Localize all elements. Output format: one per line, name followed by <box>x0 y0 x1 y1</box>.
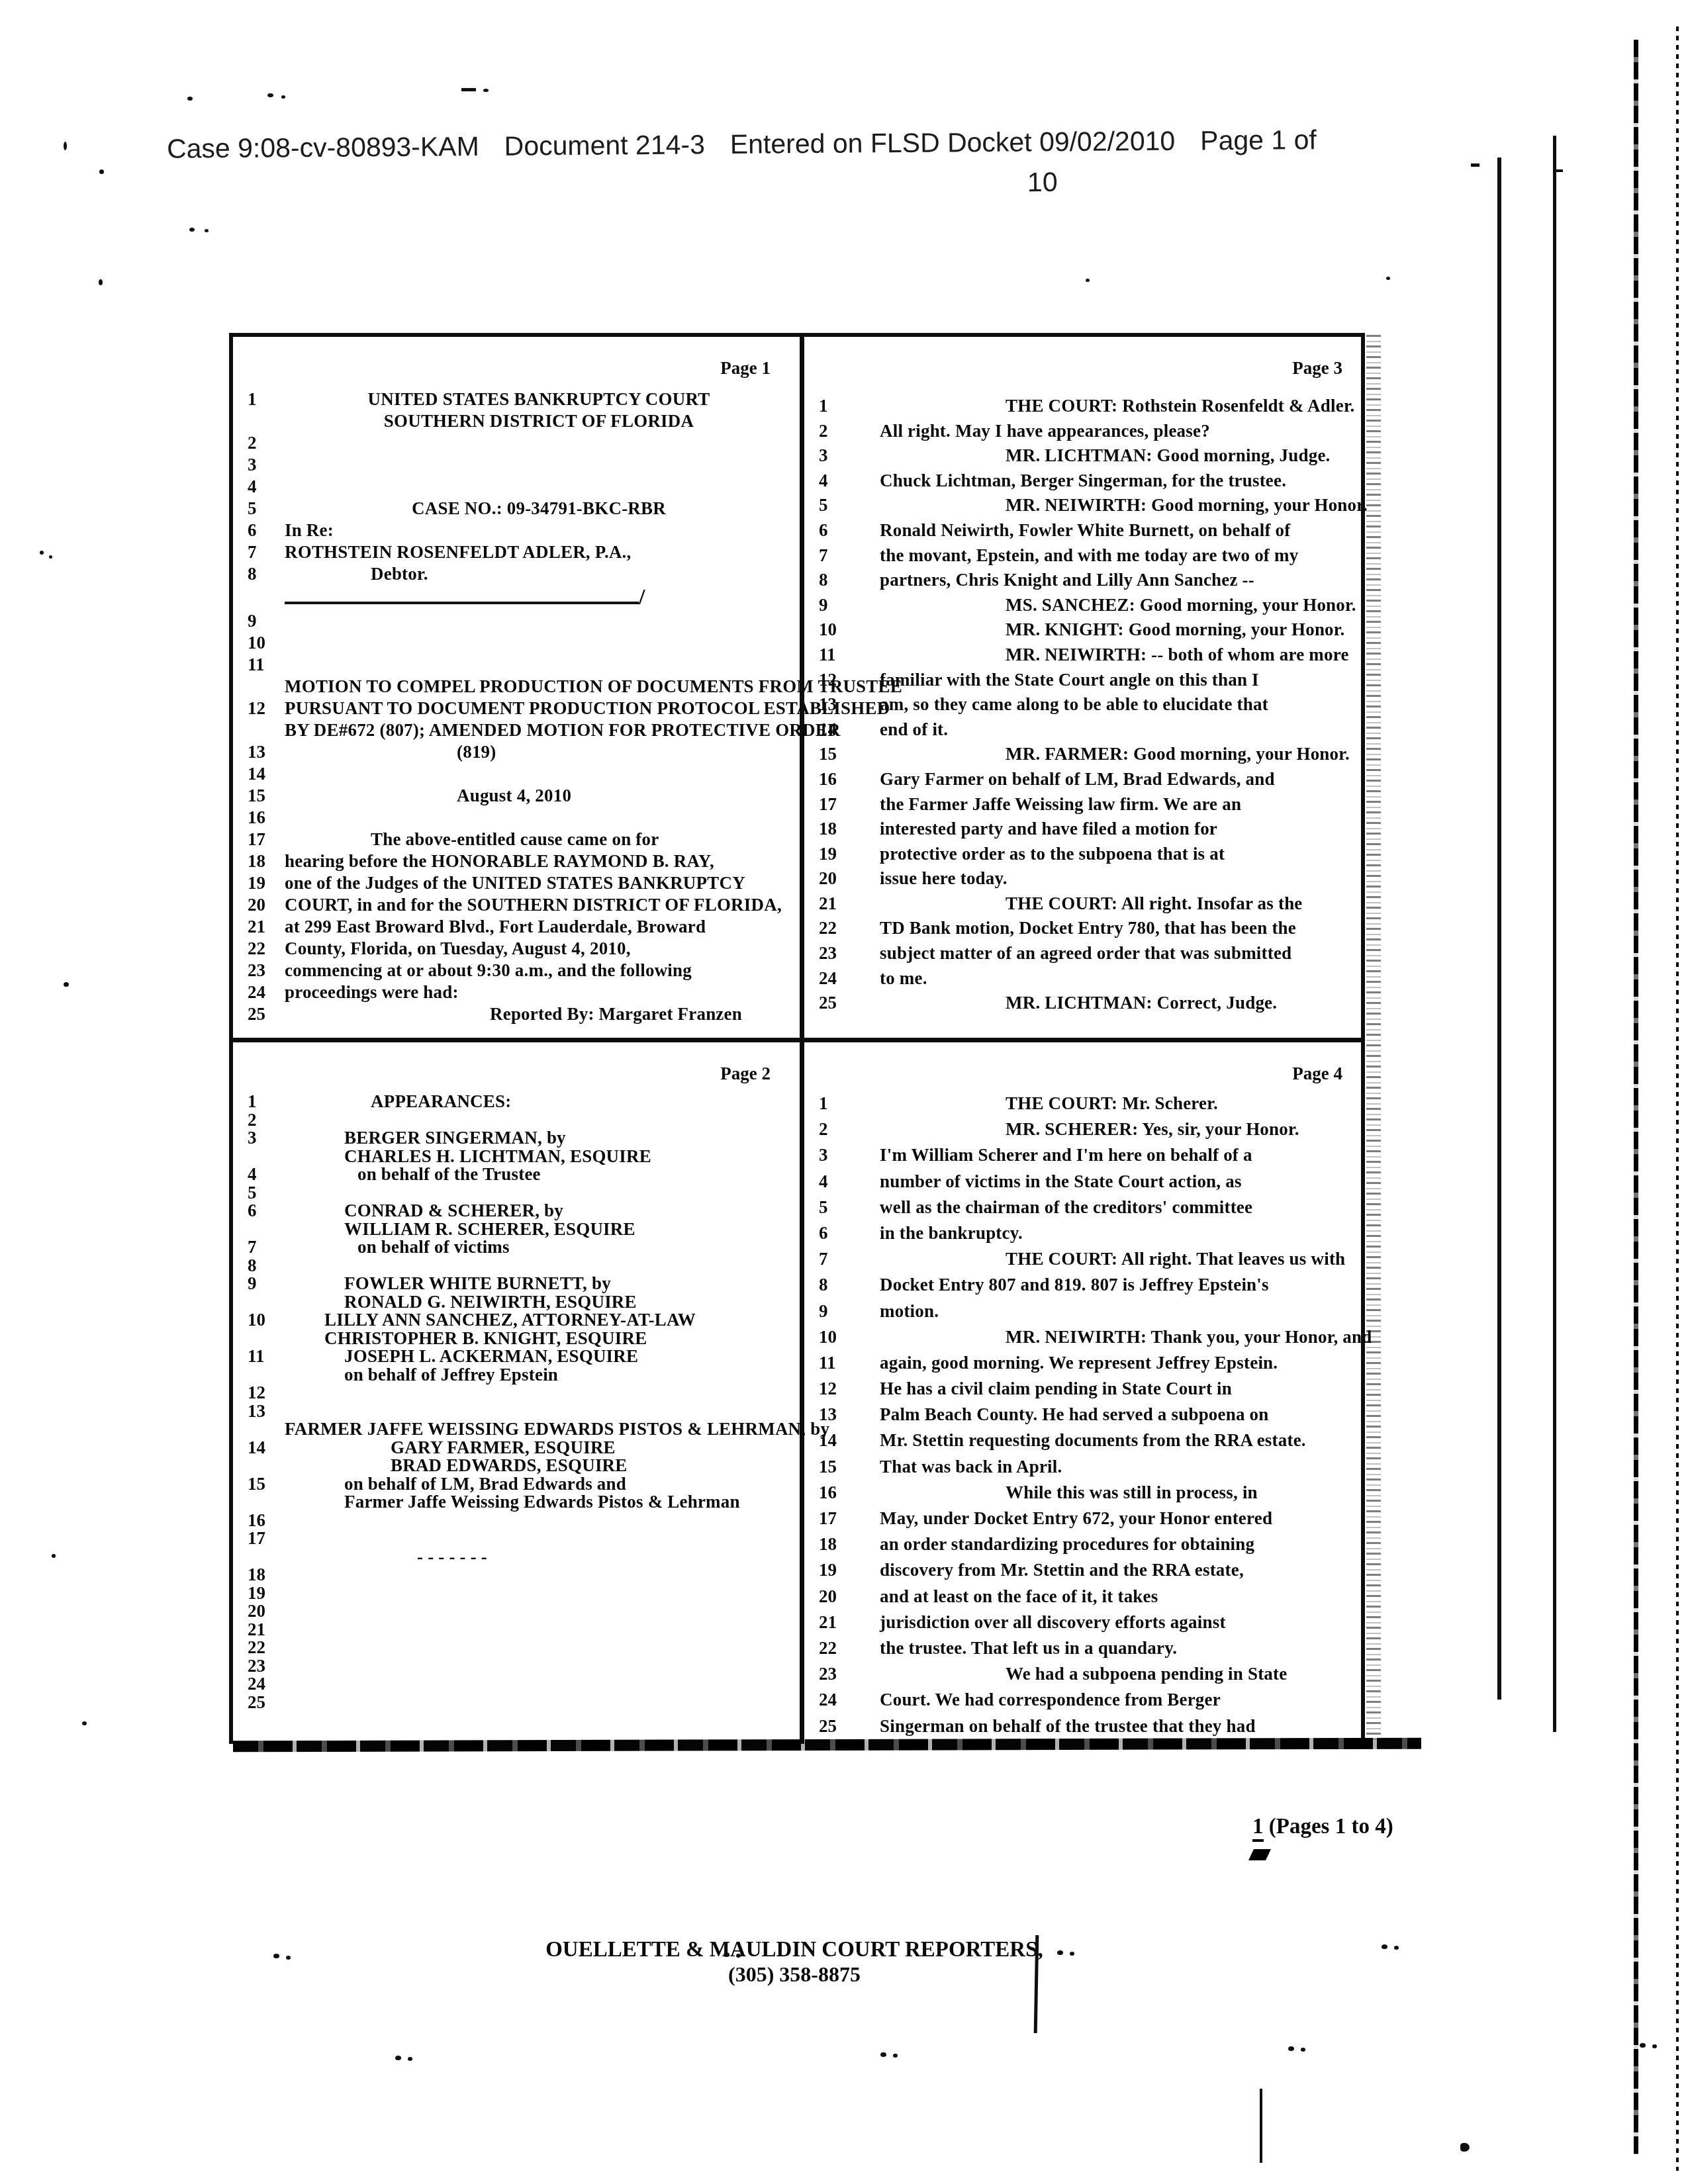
line-text: MR. KNIGHT: Good morning, your Honor. <box>880 617 1354 643</box>
line-number: 14 <box>248 763 285 785</box>
transcript-row: 10LILLY ANN SANCHEZ, ATTORNEY-AT-LAWCHRI… <box>248 1311 793 1347</box>
line-number: 4 <box>819 1169 880 1195</box>
transcript-lines: 1THE COURT: Mr. Scherer.2MR. SCHERER: Ye… <box>819 1091 1354 1737</box>
transcript-row: 18interested party and have filed a moti… <box>819 817 1354 842</box>
line-number: 22 <box>819 1635 880 1661</box>
transcript-text-line: the trustee. That left us in a quandary. <box>880 1635 1354 1661</box>
transcript-row: 21jurisdiction over all discovery effort… <box>819 1610 1354 1635</box>
scan-speck <box>461 88 476 91</box>
line-number: 3 <box>248 1129 285 1148</box>
transcript-text-line: RONALD G. NEIWIRTH, ESQUIRE <box>344 1293 793 1312</box>
line-text: ROTHSTEIN ROSENFELDT ADLER, P.A., <box>285 541 793 563</box>
transcript-row: 4on behalf of the Trustee <box>248 1165 793 1184</box>
line-number: 22 <box>248 938 285 960</box>
transcript-text-line: We had a subpoena pending in State <box>1006 1661 1354 1687</box>
transcript-text-line: on behalf of LM, Brad Edwards and <box>344 1475 793 1494</box>
line-text: MR. NEIWIRTH: Thank you, your Honor, and <box>880 1324 1372 1350</box>
transcript-text-line: MR. FARMER: Good morning, your Honor. <box>1006 742 1354 767</box>
line-text <box>285 1621 793 1639</box>
transcript-text-line: Court. We had correspondence from Berger <box>880 1687 1354 1713</box>
scan-speck <box>99 279 103 285</box>
transcript-text-line: issue here today. <box>880 866 1354 891</box>
transcript-row: 1THE COURT: Rothstein Rosenfeldt & Adler… <box>819 394 1354 419</box>
transcript-text-line: Farmer Jaffe Weissing Edwards Pistos & L… <box>344 1493 793 1512</box>
line-text <box>285 1602 793 1621</box>
transcript-text-line: May, under Docket Entry 672, your Honor … <box>880 1506 1354 1531</box>
line-number: 1 <box>248 1093 285 1111</box>
line-text: Palm Beach County. He had served a subpo… <box>880 1402 1354 1428</box>
scan-speck <box>483 89 489 92</box>
line-text: I'm William Scherer and I'm here on beha… <box>880 1142 1354 1168</box>
line-text: County, Florida, on Tuesday, August 4, 2… <box>285 938 793 960</box>
transcript-lines: 1APPEARANCES:23BERGER SINGERMAN, byCHARL… <box>248 1093 793 1737</box>
line-number: 10 <box>819 617 880 643</box>
line-number: 3 <box>819 1142 880 1168</box>
transcript-row: 9motion. <box>819 1298 1354 1324</box>
transcript-text-line: COURT, in and for the SOUTHERN DISTRICT … <box>285 894 793 916</box>
line-text: an order standardizing procedures for ob… <box>880 1531 1354 1557</box>
scan-speck <box>64 982 69 987</box>
scan-line-artifact <box>1553 136 1556 1732</box>
transcript-row: 5 <box>248 1184 793 1203</box>
line-text <box>285 1402 793 1421</box>
line-text <box>285 1111 793 1130</box>
scan-edge-artifact <box>1634 40 1638 2154</box>
line-number: 4 <box>819 469 880 494</box>
transcript-text-line: well as the chairman of the creditors' c… <box>880 1195 1354 1220</box>
transcript-text-line: FARMER JAFFE WEISSING EDWARDS PISTOS & L… <box>285 1420 829 1439</box>
transcript-lines: 1THE COURT: Rothstein Rosenfeldt & Adler… <box>819 394 1354 1035</box>
line-text: That was back in April. <box>880 1454 1354 1480</box>
transcript-row: 17the Farmer Jaffe Weissing law firm. We… <box>819 792 1354 817</box>
line-number: 12 <box>248 698 285 719</box>
transcript-row: 19one of the Judges of the UNITED STATES… <box>248 872 793 894</box>
line-text <box>285 454 793 476</box>
transcript-row: 15August 4, 2010 <box>248 785 793 807</box>
line-text: subject matter of an agreed order that w… <box>880 941 1354 966</box>
transcript-text-line: (819) <box>457 741 793 763</box>
scan-speck <box>49 555 52 559</box>
transcript-row: 7the movant, Epstein, and with me today … <box>819 543 1354 569</box>
transcript-row: 5MR. NEIWIRTH: Good morning, your Honor. <box>819 493 1354 518</box>
line-text: All right. May I have appearances, pleas… <box>880 419 1354 444</box>
line-text <box>285 1184 793 1203</box>
line-number: 11 <box>819 643 880 668</box>
line-number <box>248 719 285 741</box>
transcript-row: 16While this was still in process, in <box>819 1480 1354 1506</box>
line-number: 24 <box>819 966 880 991</box>
scanned-court-document: { "header": { "case_no": "Case 9:08-cv-8… <box>0 0 1688 2184</box>
line-number: 7 <box>248 1238 285 1257</box>
transcript-row: 23subject matter of an agreed order that… <box>819 941 1354 966</box>
transcript-row: 17The above-entitled cause came on for <box>248 829 793 850</box>
line-text <box>285 1384 793 1402</box>
line-number: 2 <box>819 419 880 444</box>
transcript-row: 6In Re: <box>248 520 793 541</box>
line-number: 19 <box>248 1584 285 1603</box>
transcript-row: 21at 299 East Broward Blvd., Fort Lauder… <box>248 916 793 938</box>
scan-speck <box>281 95 285 99</box>
line-text: commencing at or about 9:30 a.m., and th… <box>285 960 793 981</box>
line-number: 21 <box>819 1610 880 1635</box>
transcript-text-line: MR. KNIGHT: Good morning, your Honor. <box>1006 617 1354 643</box>
line-number: 1 <box>819 1091 880 1116</box>
line-number: 8 <box>819 568 880 593</box>
transcript-text-line: CONRAD & SCHERER, by <box>344 1202 793 1220</box>
line-number: 23 <box>819 941 880 966</box>
line-number: 2 <box>248 432 285 454</box>
line-text: (819) <box>285 741 793 763</box>
line-number: 15 <box>248 1475 285 1494</box>
page-label: Page 2 <box>720 1064 771 1084</box>
transcript-row: 20issue here today. <box>819 866 1354 891</box>
transcript-text-line: - - - - - - - <box>417 1548 793 1567</box>
line-text: MR. LICHTMAN: Good morning, Judge. <box>880 443 1354 469</box>
transcript-row: 11 <box>248 654 793 676</box>
page-indicator: Page 1 of <box>1200 124 1317 156</box>
transcript-text-line: MR. NEIWIRTH: -- both of whom are more <box>1006 643 1354 668</box>
scan-speck <box>1057 1950 1063 1955</box>
line-text: end of it. <box>880 717 1354 743</box>
transcript-row: 18 <box>248 1566 793 1584</box>
line-text: on behalf of the Trustee <box>285 1165 793 1184</box>
line-text: MR. SCHERER: Yes, sir, your Honor. <box>880 1116 1354 1142</box>
transcript-text-line: commencing at or about 9:30 a.m., and th… <box>285 960 793 981</box>
transcript-text-line: WILLIAM R. SCHERER, ESQUIRE <box>344 1220 793 1239</box>
scan-speck <box>267 93 273 97</box>
line-number <box>248 1548 285 1567</box>
line-number: 15 <box>819 742 880 767</box>
line-text: proceedings were had: <box>285 981 793 1003</box>
line-text: MR. FARMER: Good morning, your Honor. <box>880 742 1354 767</box>
transcript-text-line: GARY FARMER, ESQUIRE <box>391 1439 793 1457</box>
line-number: 18 <box>819 1531 880 1557</box>
scan-speck <box>1652 2044 1657 2048</box>
line-number: 12 <box>819 1376 880 1402</box>
line-number: 13 <box>248 1402 285 1421</box>
page-range: 1 (Pages 1 to 4) <box>1252 1815 1393 1839</box>
scan-speck <box>82 1721 87 1725</box>
transcript-row: 23 <box>248 1657 793 1676</box>
line-text: FOWLER WHITE BURNETT, byRONALD G. NEIWIR… <box>285 1275 793 1311</box>
transcript-text-line: jurisdiction over all discovery efforts … <box>880 1610 1354 1635</box>
transcript-row: 2All right. May I have appearances, plea… <box>819 419 1354 444</box>
line-number: 13 <box>819 692 880 717</box>
transcript-text-line: on behalf of victims <box>357 1238 793 1257</box>
transcript-row: 20COURT, in and for the SOUTHERN DISTRIC… <box>248 894 793 916</box>
line-text: motion. <box>880 1298 1354 1324</box>
transcript-row: 25Singerman on behalf of the trustee tha… <box>819 1713 1354 1739</box>
line-text: well as the chairman of the creditors' c… <box>880 1195 1354 1220</box>
transcript-text-line: THE COURT: All right. Insofar as the <box>1006 891 1354 917</box>
line-text: at 299 East Broward Blvd., Fort Lauderda… <box>285 916 793 938</box>
line-number: 8 <box>248 1257 285 1275</box>
torn-bottom-border <box>233 1738 1421 1752</box>
transcript-row: 7THE COURT: All right. That leaves us wi… <box>819 1246 1354 1272</box>
line-text: Court. We had correspondence from Berger <box>880 1687 1354 1713</box>
line-number: 17 <box>248 829 285 850</box>
line-number: 12 <box>248 1384 285 1402</box>
line-text: issue here today. <box>880 866 1354 891</box>
line-number: 14 <box>248 1439 285 1457</box>
transcript-text-line: in the bankruptcy. <box>880 1220 1354 1246</box>
transcript-row: 24to me. <box>819 966 1354 991</box>
transcript-text-line: County, Florida, on Tuesday, August 4, 2… <box>285 938 793 960</box>
line-number: 10 <box>248 1311 285 1330</box>
line-text: UNITED STATES BANKRUPTCY COURTSOUTHERN D… <box>285 388 793 432</box>
line-number: 16 <box>248 1512 285 1530</box>
transcript-text-line: ROTHSTEIN ROSENFELDT ADLER, P.A., <box>285 541 793 563</box>
line-number: 21 <box>248 1621 285 1639</box>
line-text: protective order as to the subpoena that… <box>880 842 1354 867</box>
line-number: 8 <box>248 563 285 585</box>
page-indicator-wrap: 10 <box>1027 167 1058 198</box>
transcript-row: 17May, under Docket Entry 672, your Hono… <box>819 1506 1354 1531</box>
scan-speck <box>1382 1944 1387 1949</box>
line-text <box>285 1694 793 1712</box>
transcript-row: 24 <box>248 1675 793 1694</box>
court-reporter-info: OUELLETTE & MAULDIN COURT REPORTERS, (30… <box>463 1938 1125 1987</box>
line-text: and at least on the face of it, it takes <box>880 1584 1354 1610</box>
transcript-text-line: the movant, Epstein, and with me today a… <box>880 543 1354 569</box>
document-number: Document 214-3 <box>504 129 705 161</box>
transcript-text-line: SOUTHERN DISTRICT OF FLORIDA <box>285 410 793 432</box>
line-number: 5 <box>819 1195 880 1220</box>
line-text: partners, Chris Knight and Lilly Ann San… <box>880 568 1354 593</box>
transcript-row: 3BERGER SINGERMAN, byCHARLES H. LICHTMAN… <box>248 1129 793 1165</box>
transcript-row: 4Chuck Lichtman, Berger Singerman, for t… <box>819 469 1354 494</box>
scan-line-artifact <box>1497 158 1501 1700</box>
line-text: Chuck Lichtman, Berger Singerman, for th… <box>880 469 1354 494</box>
scan-speck <box>1070 1952 1074 1956</box>
line-number: 22 <box>248 1639 285 1657</box>
transcript-row: 12 <box>248 1384 793 1402</box>
line-text: August 4, 2010 <box>285 785 793 807</box>
line-number: 3 <box>819 443 880 469</box>
transcript-text-line: CHRISTOPHER B. KNIGHT, ESQUIRE <box>324 1330 793 1348</box>
transcript-row: 25MR. LICHTMAN: Correct, Judge. <box>819 991 1354 1016</box>
line-number: 13 <box>819 1402 880 1428</box>
line-text: the trustee. That left us in a quandary. <box>880 1635 1354 1661</box>
line-number <box>248 1420 285 1439</box>
transcript-text-line: TD Bank motion, Docket Entry 780, that h… <box>880 916 1354 941</box>
scan-speck <box>1556 169 1563 172</box>
transcript-row: BY DE#672 (807); AMENDED MOTION FOR PROT… <box>248 719 793 741</box>
transcript-row: 1THE COURT: Mr. Scherer. <box>819 1091 1354 1116</box>
line-text <box>285 1566 793 1584</box>
line-number: 4 <box>248 476 285 498</box>
transcript-row: 19 <box>248 1584 793 1603</box>
scan-speck <box>1301 2048 1305 2052</box>
line-number: 12 <box>819 668 880 693</box>
scan-speck <box>893 2054 898 2058</box>
line-text: discovery from Mr. Stettin and the RRA e… <box>880 1557 1354 1583</box>
line-number: 16 <box>819 1480 880 1506</box>
transcript-text-line: Chuck Lichtman, Berger Singerman, for th… <box>880 469 1354 494</box>
transcript-text-line: LILLY ANN SANCHEZ, ATTORNEY-AT-LAW <box>324 1311 793 1330</box>
line-number: 23 <box>248 1657 285 1676</box>
line-text: one of the Judges of the UNITED STATES B… <box>285 872 793 894</box>
scan-speck <box>1640 2043 1646 2048</box>
scan-speck <box>64 142 67 150</box>
line-text: number of victims in the State Court act… <box>880 1169 1354 1195</box>
page-label: Page 4 <box>1292 1064 1342 1084</box>
transcript-text-line: While this was still in process, in <box>1006 1480 1354 1506</box>
transcript-text-line: THE COURT: All right. That leaves us wit… <box>1006 1246 1354 1272</box>
transcript-row: 16 <box>248 1512 793 1530</box>
transcript-row: FARMER JAFFE WEISSING EDWARDS PISTOS & L… <box>248 1420 793 1439</box>
line-text: MR. NEIWIRTH: -- both of whom are more <box>880 643 1354 668</box>
transcript-row: 25Reported By: Margaret Franzen <box>248 1003 793 1025</box>
transcript-row: 14 <box>248 763 793 785</box>
line-number: 11 <box>248 1347 285 1366</box>
line-text: on behalf of victims <box>285 1238 793 1257</box>
line-number: 9 <box>819 593 880 618</box>
transcript-row: 22TD Bank motion, Docket Entry 780, that… <box>819 916 1354 941</box>
transcript-text-line: MR. NEIWIRTH: Good morning, your Honor. <box>1006 493 1368 518</box>
line-text: CASE NO.: 09-34791-BKC-RBR <box>285 498 793 520</box>
line-number: 20 <box>819 866 880 891</box>
docket-entry-date: Entered on FLSD Docket 09/02/2010 <box>730 126 1176 159</box>
transcript-row: 8Docket Entry 807 and 819. 807 is Jeffre… <box>819 1272 1354 1298</box>
line-text <box>285 1512 793 1530</box>
line-text <box>285 1257 793 1275</box>
line-number: 2 <box>248 1111 285 1130</box>
scan-speck <box>52 1554 56 1558</box>
transcript-text-line: CASE NO.: 09-34791-BKC-RBR <box>285 498 793 520</box>
line-number: 20 <box>248 1602 285 1621</box>
transcript-row: 15MR. FARMER: Good morning, your Honor. <box>819 742 1354 767</box>
transcript-text-line: one of the Judges of the UNITED STATES B… <box>285 872 793 894</box>
line-number: 22 <box>819 916 880 941</box>
transcript-row: 12familiar with the State Court angle on… <box>819 668 1354 693</box>
line-text <box>285 1529 793 1548</box>
line-number: 24 <box>248 981 285 1003</box>
line-number: 11 <box>819 1350 880 1376</box>
transcript-row: 20and at least on the face of it, it tak… <box>819 1584 1354 1610</box>
transcript-text-line: Docket Entry 807 and 819. 807 is Jeffrey… <box>880 1272 1354 1298</box>
transcript-row: 11JOSEPH L. ACKERMAN, ESQUIREon behalf o… <box>248 1347 793 1384</box>
sheet-number: 1 <box>1252 1815 1264 1842</box>
line-number: 1 <box>248 388 285 410</box>
line-text: Mr. Stettin requesting documents from th… <box>880 1428 1354 1453</box>
line-number: 24 <box>248 1675 285 1694</box>
transcript-row: 18an order standardizing procedures for … <box>819 1531 1354 1557</box>
line-text: THE COURT: All right. Insofar as the <box>880 891 1354 917</box>
line-text: CONRAD & SCHERER, byWILLIAM R. SCHERER, … <box>285 1202 793 1238</box>
line-number: 7 <box>819 543 880 569</box>
line-number: 15 <box>248 785 285 807</box>
transcript-row: 17 <box>248 1529 793 1548</box>
transcript-row: 24proceedings were had: <box>248 981 793 1003</box>
line-text: am, so they came along to be able to elu… <box>880 692 1354 717</box>
line-number: 6 <box>819 518 880 543</box>
signature-rule <box>285 587 639 604</box>
scan-speck <box>1086 279 1090 282</box>
page-range-text: (Pages 1 to 4) <box>1269 1815 1393 1839</box>
transcript-page-1: Page 1 1UNITED STATES BANKRUPTCY COURTSO… <box>233 337 800 1038</box>
transcript-text-line: APPEARANCES: <box>371 1093 793 1111</box>
transcript-text-line: PURSUANT TO DOCUMENT PRODUCTION PROTOCOL… <box>285 698 890 719</box>
line-number: 19 <box>248 872 285 894</box>
line-number: 16 <box>819 767 880 792</box>
transcript-row: 4number of victims in the State Court ac… <box>819 1169 1354 1195</box>
transcript-row: - - - - - - - <box>248 1548 793 1567</box>
transcript-text-line: THE COURT: Rothstein Rosenfeldt & Adler. <box>1006 394 1355 419</box>
transcript-row: 2 <box>248 432 793 454</box>
line-number: 25 <box>819 991 880 1016</box>
transcript-row: 22the trustee. That left us in a quandar… <box>819 1635 1354 1661</box>
scan-speck <box>1471 163 1479 167</box>
line-text: While this was still in process, in <box>880 1480 1354 1506</box>
line-text <box>285 763 793 785</box>
transcript-lines: 1UNITED STATES BANKRUPTCY COURTSOUTHERN … <box>248 388 793 1035</box>
ecf-header-stamp: Case 9:08-cv-80893-KAMDocument 214-3Ente… <box>167 123 1464 164</box>
line-text: In Re: <box>285 520 793 541</box>
line-text: on behalf of LM, Brad Edwards andFarmer … <box>285 1475 793 1512</box>
transcript-text-line: proceedings were had: <box>285 981 793 1003</box>
transcript-text-line: Gary Farmer on behalf of LM, Brad Edward… <box>880 767 1354 792</box>
line-text <box>285 1657 793 1676</box>
line-number: 14 <box>819 1428 880 1453</box>
signature-slash: / <box>639 585 645 610</box>
reporter-phone: (305) 358-8875 <box>463 1962 1125 1987</box>
line-number: 25 <box>248 1003 285 1025</box>
line-text: the movant, Epstein, and with me today a… <box>880 543 1354 569</box>
line-number: 5 <box>819 493 880 518</box>
transcript-row: 8 <box>248 1257 793 1275</box>
transcript-page-4: Page 4 1THE COURT: Mr. Scherer.2MR. SCHE… <box>804 1042 1361 1740</box>
transcript-row: 11again, good morning. We represent Jeff… <box>819 1350 1354 1376</box>
transcript-text-line: end of it. <box>880 717 1354 743</box>
transcript-row: 11MR. NEIWIRTH: -- both of whom are more <box>819 643 1354 668</box>
line-text <box>285 654 793 676</box>
line-number: 1 <box>819 394 880 419</box>
transcript-row: 10MR. KNIGHT: Good morning, your Honor. <box>819 617 1354 643</box>
transcript-text-line: Ronald Neiwirth, Fowler White Burnett, o… <box>880 518 1354 543</box>
line-text <box>285 632 793 654</box>
transcript-row: 16 <box>248 807 793 829</box>
transcript-row: 20 <box>248 1602 793 1621</box>
transcript-row: 14end of it. <box>819 717 1354 743</box>
line-number: 15 <box>819 1454 880 1480</box>
scan-speck <box>880 2052 886 2057</box>
horizontal-divider <box>233 1038 1361 1042</box>
transcript-row: 13am, so they came along to be able to e… <box>819 692 1354 717</box>
line-text: in the bankruptcy. <box>880 1220 1354 1246</box>
line-text: again, good morning. We represent Jeffre… <box>880 1350 1354 1376</box>
line-text: JOSEPH L. ACKERMAN, ESQUIREon behalf of … <box>285 1347 793 1384</box>
transcript-row: 2 <box>248 1111 793 1130</box>
transcript-row: 13(819) <box>248 741 793 763</box>
transcript-row: 19protective order as to the subpoena th… <box>819 842 1354 867</box>
transcript-row: 5well as the chairman of the creditors' … <box>819 1195 1354 1220</box>
transcript-text-line: on behalf of Jeffrey Epstein <box>344 1366 793 1385</box>
transcript-row: MOTION TO COMPEL PRODUCTION OF DOCUMENTS… <box>248 676 793 698</box>
transcript-row: 16Gary Farmer on behalf of LM, Brad Edwa… <box>819 767 1354 792</box>
transcript-row: 24Court. We had correspondence from Berg… <box>819 1687 1354 1713</box>
line-number: 9 <box>248 1275 285 1293</box>
transcript-row: 7ROTHSTEIN ROSENFELDT ADLER, P.A., <box>248 541 793 563</box>
transcript-row: 19discovery from Mr. Stettin and the RRA… <box>819 1557 1354 1583</box>
transcript-row: 22County, Florida, on Tuesday, August 4,… <box>248 938 793 960</box>
line-text: FARMER JAFFE WEISSING EDWARDS PISTOS & L… <box>285 1420 829 1439</box>
line-text: Singerman on behalf of the trustee that … <box>880 1713 1354 1739</box>
line-number: 2 <box>819 1116 880 1142</box>
line-number: 7 <box>819 1246 880 1272</box>
transcript-text-line: The above-entitled cause came on for <box>371 829 793 850</box>
transcript-text-line: to me. <box>880 966 1354 991</box>
